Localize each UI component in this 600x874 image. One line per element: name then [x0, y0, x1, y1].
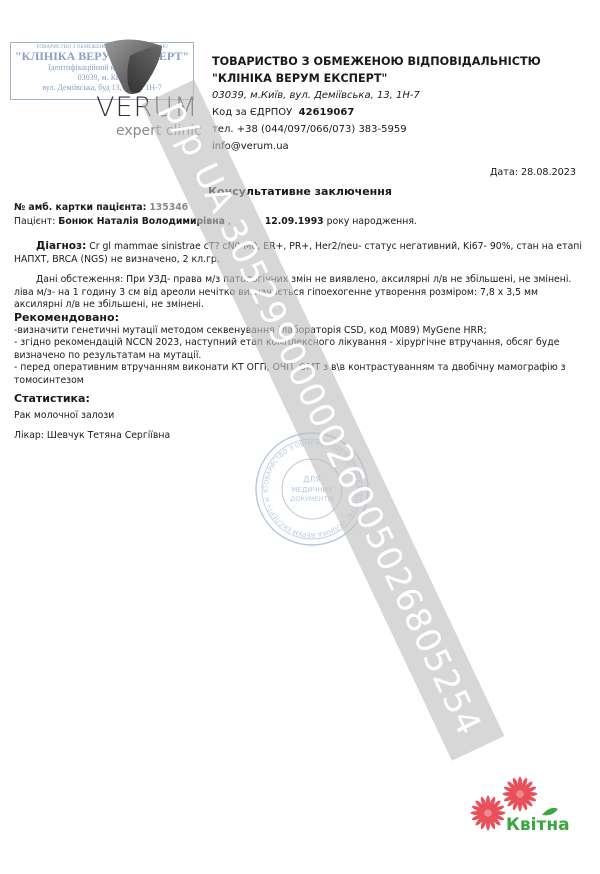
clinic-address: 03039, м.Київ, вул. Деміївська, 13, 1Н-7 [212, 87, 541, 104]
kvitna-logo-text: Квітна [506, 815, 570, 835]
edrpou-value: 42619067 [299, 107, 355, 118]
org-name-line2: "КЛІНІКА ВЕРУМ ЕКСПЕРТ" [212, 70, 541, 87]
org-name-line1: ТОВАРИСТВО З ОБМЕЖЕНОЮ ВІДПОВІДАЛЬНІСТЮ [212, 53, 541, 70]
document-date: Дата: 28.08.2023 [490, 167, 576, 178]
patient-dob: 12.09.1993 [265, 216, 324, 227]
edrpou-code: Код за ЄДРПОУ 42619067 [212, 104, 541, 121]
dob-suffix: року народження. [327, 216, 417, 227]
document-title: Консультативне заключення [0, 185, 600, 198]
clinic-email: info@verum.ua [212, 138, 541, 155]
patient-label: Пацієнт: [14, 216, 55, 227]
edrpou-label: Код за ЄДРПОУ [212, 107, 292, 118]
diagnosis-text: Cr gl mammae sinistrae cT? cN0 M0, ER+, … [14, 241, 582, 265]
clinic-phone: тел. +38 (044/097/066/073) 383-5959 [212, 121, 541, 138]
card-label: № амб. картки пацієнта: [14, 202, 146, 213]
card-number: 135346 [149, 202, 188, 213]
patient-card-line: № амб. картки пацієнта: 135346 [14, 202, 584, 215]
patient-line: Пацієнт: Бонюк Наталія Володимирівна , 1… [14, 216, 584, 229]
clinic-header: ТОВАРИСТВО З ОБМЕЖЕНОЮ ВІДПОВІДАЛЬНІСТЮ … [212, 53, 541, 155]
diagnosis-label: Діагноз: [36, 240, 86, 252]
diagnosis: Діагноз: Cr gl mammae sinistrae cT? cN0 … [14, 240, 584, 266]
